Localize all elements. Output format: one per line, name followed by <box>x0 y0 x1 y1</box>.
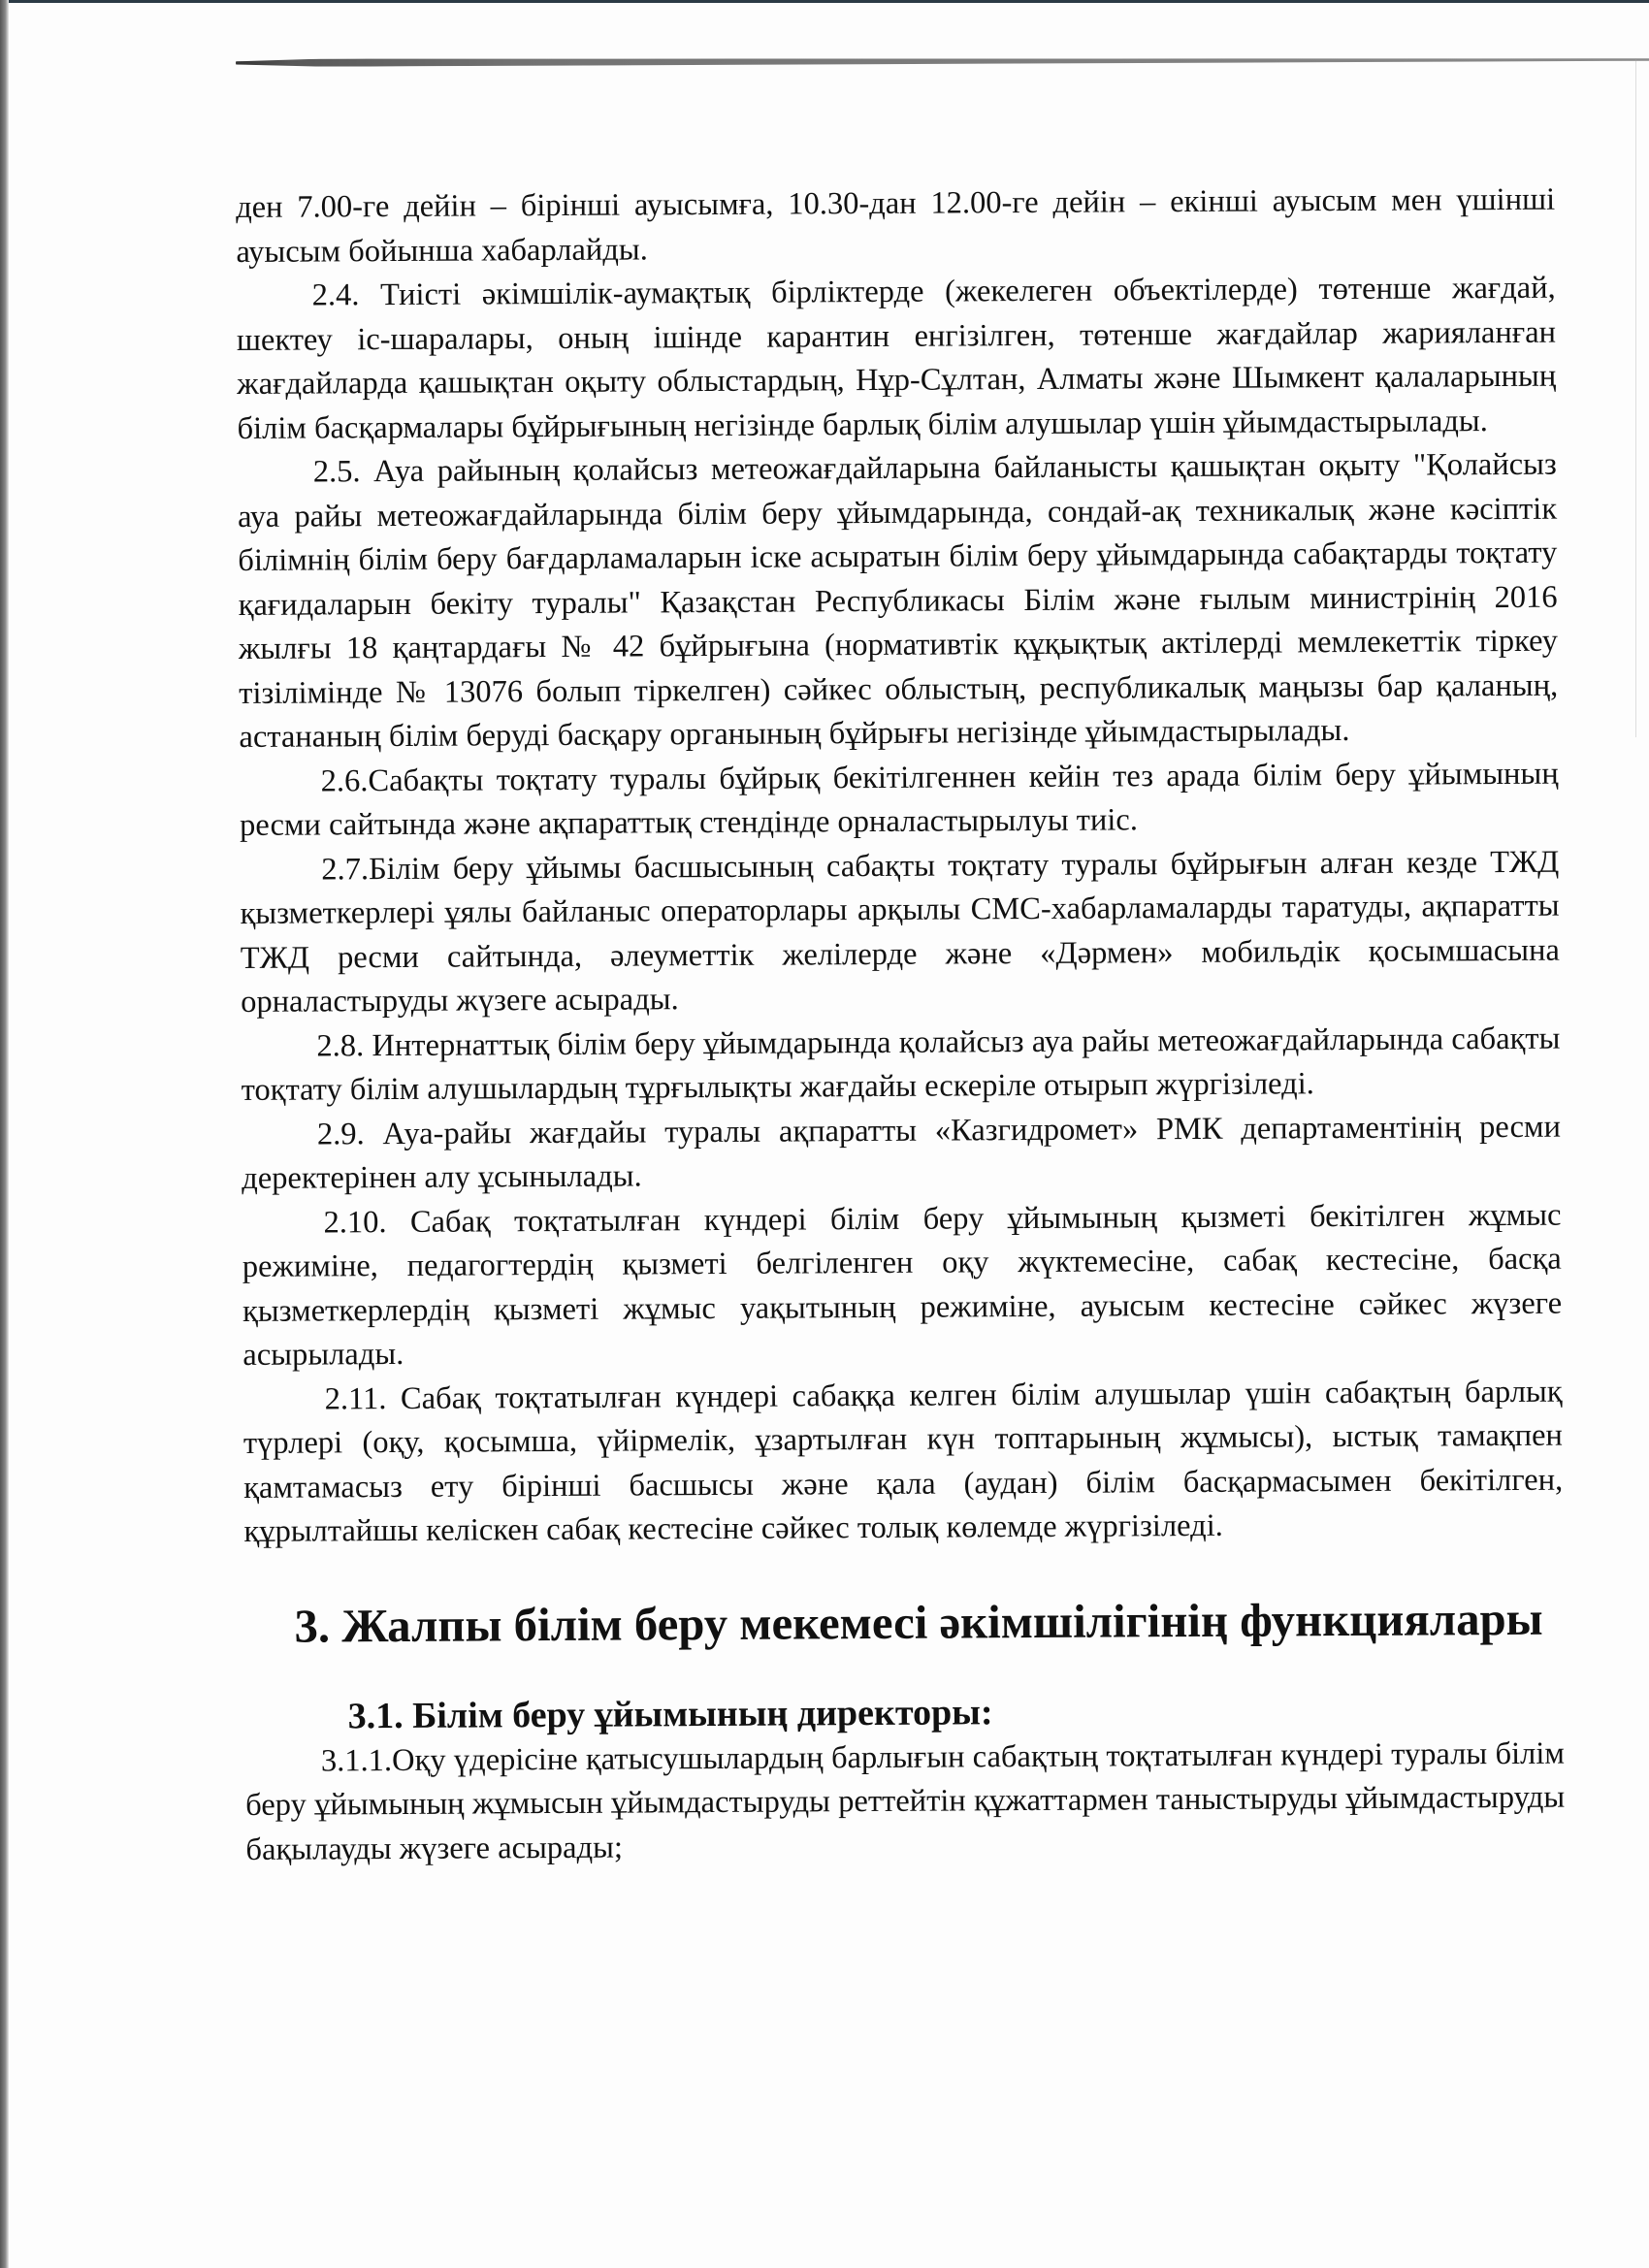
paragraph-2-5: 2.5. Ауа райының қолайсыз метеожағдайлар… <box>238 443 1559 761</box>
paragraph-2-11: 2.11. Сабақ тоқтатылған күндері сабаққа … <box>243 1370 1564 1554</box>
scan-top-border <box>0 0 1649 3</box>
paragraph-2-4: 2.4. Тиісті әкімшілік-аумақтық бірліктер… <box>237 267 1557 451</box>
scan-left-edge <box>0 0 9 2268</box>
paragraph-2-7: 2.7.Білім беру ұйымы басшысының сабақты … <box>240 840 1560 1024</box>
scan-shadow-line <box>236 55 1649 67</box>
paragraph-continuation: ден 7.00-ге дейін – бірінші ауысымға, 10… <box>236 178 1556 275</box>
section-3-title: 3. Жалпы білім беру мекемесі әкімшілігін… <box>244 1597 1564 1649</box>
document-page: ден 7.00-ге дейін – бірінші ауысымға, 10… <box>236 178 1566 1872</box>
scan-right-artifact <box>1635 58 1636 737</box>
paragraph-2-10: 2.10. Сабақ тоқтатылған күндері білім бе… <box>242 1193 1562 1377</box>
paragraph-2-8: 2.8. Интернаттық білім беру ұйымдарында … <box>241 1017 1561 1113</box>
subsection-3-1-title: 3.1. Білім беру ұйымының директоры: <box>245 1688 1565 1740</box>
paragraph-2-9: 2.9. Ауа-райы жағдайы туралы ақпаратты «… <box>242 1105 1562 1201</box>
paragraph-3-1-1: 3.1.1.Оқу үдерісіне қатысушылардың барлы… <box>245 1732 1566 1872</box>
paragraph-2-6: 2.6.Сабақты тоқтату туралы бұйрық бекіті… <box>240 752 1560 848</box>
